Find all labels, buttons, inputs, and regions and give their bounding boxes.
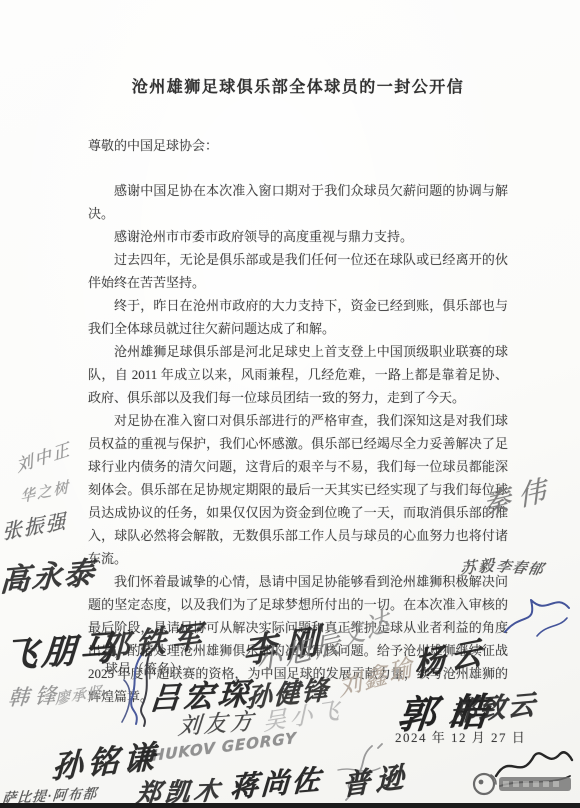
signature: 高永泰 — [0, 547, 97, 600]
paragraph-5: 沧州雄狮足球俱乐部是河北足球史上首支登上中国顶级职业联赛的球队，自 2011 年… — [88, 340, 508, 409]
paragraph-6: 对足协在准入窗口对俱乐部进行的严格审查，我们深知这是对我们球员权益的重视与保护，… — [88, 409, 508, 570]
signature: 刘友方 — [177, 702, 257, 741]
paragraph-1: 感谢中国足协在本次准入窗口期对于我们众球员欠薪问题的协调与解决。 — [88, 179, 508, 225]
letter-title: 沧州雄狮足球俱乐部全体球员的一封公开信 — [88, 76, 508, 99]
signature: 张振强 — [1, 504, 67, 545]
signature: 韩锋 — [7, 679, 64, 712]
scribble-signature-dark-bottom-right — [490, 742, 576, 794]
signature: 刘中正 — [14, 434, 73, 476]
signature: 孙铭谦 — [51, 731, 160, 788]
paragraph-3: 过去四年，无论是俱乐部或是我们任何一位还在球队或已经离开的伙伴始终在苦苦坚持。 — [88, 248, 508, 294]
paragraph-4: 终于，昨日在沧州市政府的大力支持下，资金已经到账，俱乐部也与我们全体球员就过往欠… — [88, 294, 508, 340]
signature: 普逊 — [342, 754, 409, 804]
photo-bottom-edge — [0, 803, 580, 808]
paragraph-2: 感谢沧州市市委市政府领导的高度重视与鼎力支持。 — [88, 225, 508, 248]
signature: ZHUKOV GEORGY — [140, 729, 297, 766]
letter-photo: 沧州雄狮足球俱乐部全体球员的一封公开信 尊敬的中国足球协会： 感谢中国足协在本次… — [0, 0, 580, 808]
scribble-signature-cursive-gray — [328, 740, 386, 804]
letter-body: 沧州雄狮足球俱乐部全体球员的一封公开信 尊敬的中国足球协会： 感谢中国足协在本次… — [88, 76, 508, 708]
letter-date: 2024 年 12 月 27 日 — [395, 727, 526, 746]
players-signature-label: 球员（签名）： — [105, 658, 190, 677]
signature: 蒋尚佐 — [229, 758, 324, 806]
weibo-watermark — [466, 762, 578, 804]
salutation: 尊敬的中国足球协会： — [88, 134, 508, 157]
paragraph-7: 我们怀着最诚挚的心情，恳请中国足协能够看到沧州雄狮积极解决问题的坚定态度，以及我… — [88, 570, 508, 708]
signature: 华之树 — [19, 475, 70, 507]
scribble-signature-blue-right — [497, 582, 575, 644]
